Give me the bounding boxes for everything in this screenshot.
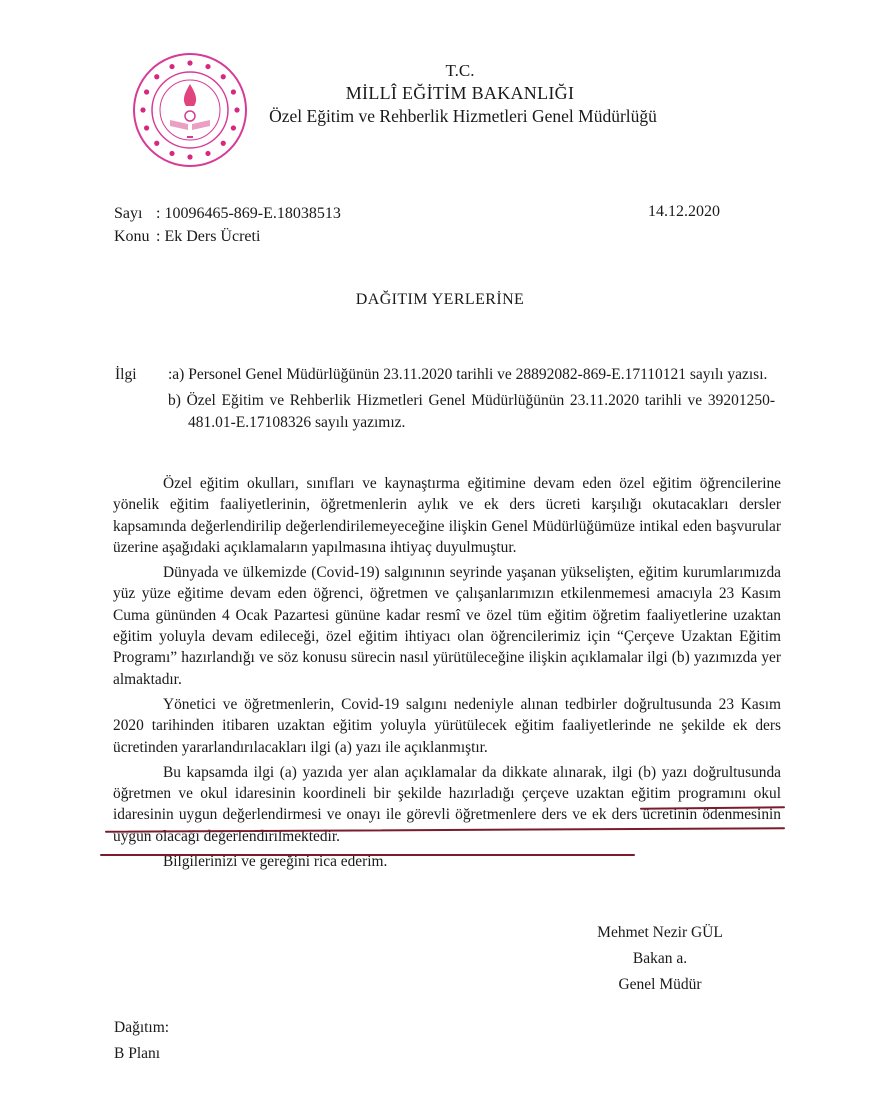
references-block: İlgi :a) Personel Genel Müdürlüğünün 23.…: [115, 364, 775, 434]
sayi-label: Sayı: [114, 203, 152, 225]
header-ministry: MİLLÎ EĞİTİM BAKANLIĞI: [250, 82, 670, 104]
signature-block: Mehmet Nezir GÜL Bakan a. Genel Müdür: [560, 920, 760, 998]
reference-a: :a) Personel Genel Müdürlüğünün 23.11.20…: [168, 364, 775, 386]
paragraph-4: Bu kapsamda ilgi (a) yazıda yer alan açı…: [113, 762, 781, 847]
distribution-block: Dağıtım: B Planı: [114, 1015, 169, 1067]
distribution-value: B Planı: [114, 1041, 169, 1067]
header-directorate: Özel Eğitim ve Rehberlik Hizmetleri Gene…: [243, 105, 683, 127]
signatory-on-behalf: Bakan a.: [560, 946, 760, 972]
distribution-title: DAĞITIM YERLERİNE: [0, 291, 880, 309]
seal-icon: [130, 50, 250, 170]
header-tc: T.C.: [250, 60, 670, 82]
konu-row: Konu : Ek Ders Ücreti: [114, 226, 260, 248]
konu-value: : Ek Ders Ücreti: [156, 228, 260, 245]
paragraph-1: Özel eğitim okulları, sınıfları ve kayna…: [113, 473, 781, 558]
paragraph-2: Dünyada ve ülkemizde (Covid-19) salgının…: [113, 562, 781, 690]
distribution-label: Dağıtım:: [114, 1015, 169, 1041]
document-date: 14.12.2020: [648, 203, 720, 221]
letter-body: Özel eğitim okulları, sınıfları ve kayna…: [113, 473, 781, 876]
signatory-name: Mehmet Nezir GÜL: [560, 920, 760, 946]
konu-label: Konu: [114, 226, 152, 248]
references-label: İlgi: [115, 364, 168, 386]
paragraph-3: Yönetici ve öğretmenlerin, Covid-19 salg…: [113, 694, 781, 758]
sayi-row: Sayı : 10096465-869-E.18038513: [114, 203, 341, 225]
sayi-value: : 10096465-869-E.18038513: [156, 205, 341, 222]
reference-b: b) Özel Eğitim ve Rehberlik Hizmetleri G…: [168, 390, 775, 434]
highlight-underline-3: [100, 854, 635, 856]
signatory-title: Genel Müdür: [560, 972, 760, 998]
ministry-seal-logo: [130, 50, 250, 170]
